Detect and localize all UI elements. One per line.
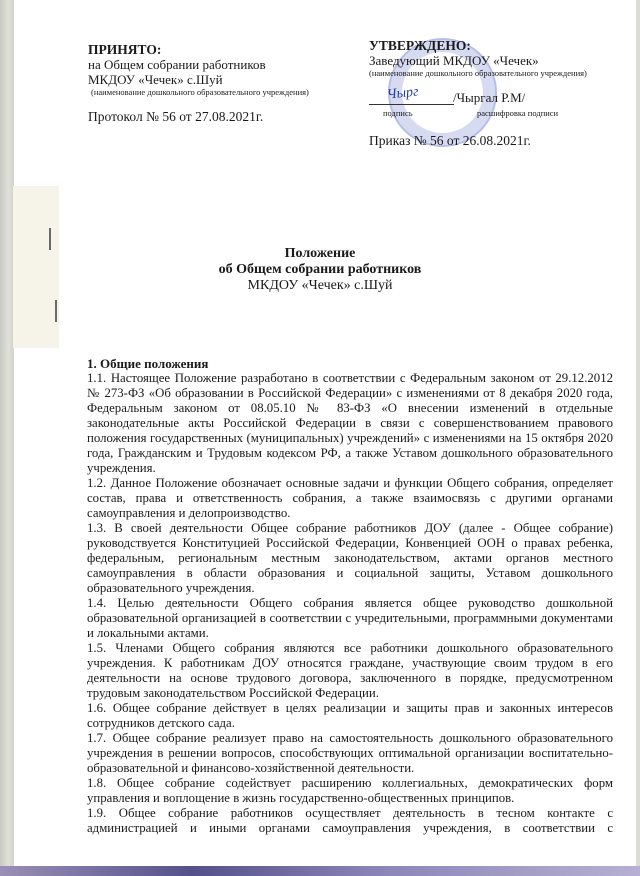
approved-line-2: МКДОУ «Чечек» с.Шуй	[88, 72, 338, 87]
document-body: 1. Общие положения 1.1. Настоящее Положе…	[87, 356, 613, 836]
paragraph-1-9: 1.9. Общее собрание работников осуществл…	[87, 806, 613, 836]
scan-edge	[0, 0, 14, 876]
signature-caption: подпись	[383, 108, 413, 118]
confirmed-line-1: Заведующий МКДОУ «Чечек»	[369, 53, 619, 68]
paragraph-1-6: 1.6. Общее собрание действует в целях ре…	[87, 701, 613, 731]
confirmed-title: УТВЕРЖДЕНО:	[369, 38, 619, 53]
signature-line	[369, 104, 454, 105]
scan-bottom-edge	[0, 866, 640, 876]
paragraph-1-1: 1.1. Настоящее Положение разработано в с…	[87, 371, 613, 476]
signature-row: Чырг /Чыргал Р.М/	[369, 90, 619, 108]
section-heading: 1. Общие положения	[87, 356, 613, 371]
title-line-2: об Общем собрании работников	[0, 262, 640, 278]
title-line-1: Положение	[0, 246, 640, 262]
signer-name: /Чыргал Р.М/	[453, 90, 525, 106]
paragraph-1-7: 1.7. Общее собрание реализует право на с…	[87, 731, 613, 776]
protocol-number: Протокол № 56 от 27.08.2021г.	[88, 109, 338, 125]
title-line-3: МКДОУ «Чечек» с.Шуй	[0, 278, 640, 294]
decode-caption: расшифровка подписи	[477, 108, 558, 118]
approved-line-1: на Общем собрании работников	[88, 57, 338, 72]
document-title: Положение об Общем собрании работников М…	[0, 246, 640, 294]
approved-caption: (наименование дошкольного образовательно…	[88, 87, 338, 97]
confirmed-block: УТВЕРЖДЕНО: Заведующий МКДОУ «Чечек» (на…	[369, 38, 619, 149]
paragraph-1-3: 1.3. В своей деятельности Общее собрание…	[87, 521, 613, 596]
order-number: Приказ № 56 от 26.08.2021г.	[369, 133, 619, 149]
approved-title: ПРИНЯТО:	[88, 42, 338, 57]
approved-block: ПРИНЯТО: на Общем собрании работников МК…	[88, 42, 338, 125]
paragraph-1-4: 1.4. Целью деятельности Общего собрания …	[87, 596, 613, 641]
staple-mark	[55, 300, 57, 322]
confirmed-caption: (наименование дошкольного образовательно…	[369, 68, 619, 78]
paragraph-1-2: 1.2. Данное Положение обозначает основны…	[87, 476, 613, 521]
paragraph-1-5: 1.5. Членами Общего собрания являются вс…	[87, 641, 613, 701]
handwritten-signature: Чырг	[386, 84, 419, 103]
signature-captions: подпись расшифровка подписи	[369, 108, 619, 119]
paragraph-1-8: 1.8. Общее собрание содействует расширен…	[87, 776, 613, 806]
